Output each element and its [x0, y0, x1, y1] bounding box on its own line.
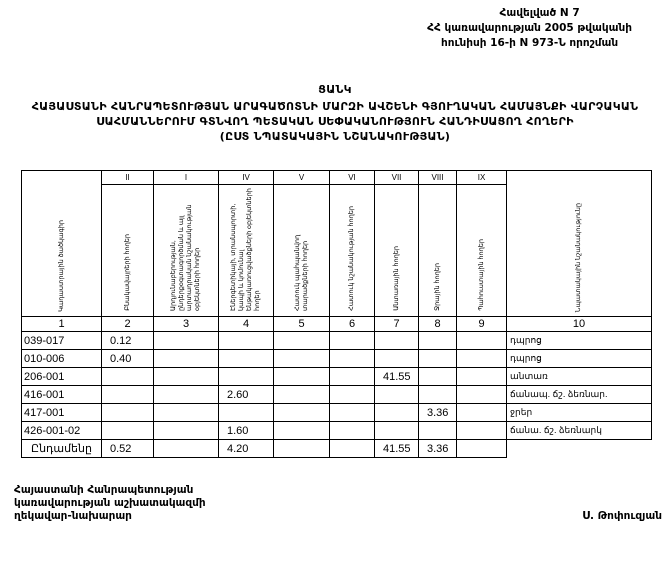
total-empty-cell	[507, 440, 652, 458]
table-row: 010-0060.40դպրոց	[22, 350, 652, 368]
table-row: 039-0170.12դպրոց	[22, 332, 652, 350]
area-cell	[154, 386, 219, 404]
area-cell	[457, 368, 507, 386]
area-cell	[457, 350, 507, 368]
title-line-3: (ԸՍՏ ՆՊԱՏԱԿԱՅԻՆ ՆՇԱՆԱԿՈՒԹՅԱՆ)	[0, 129, 670, 144]
area-cell: 1.60	[219, 422, 274, 440]
area-cell: 41.55	[375, 368, 419, 386]
area-cell	[219, 332, 274, 350]
header-cell: Պահուստային հողեր	[457, 185, 507, 317]
approval-note: Հավելված N 7 ՀՀ կառավարության 2005 թվակա…	[427, 6, 632, 51]
header-cell: Ջրային հողեր	[419, 185, 457, 317]
area-cell	[274, 350, 330, 368]
cadastral-code: 417-001	[22, 404, 102, 422]
cadastral-code: 206-001	[22, 368, 102, 386]
signatory-name: Ս. Թոփուզյան	[582, 510, 662, 522]
column-number: 3	[154, 317, 219, 332]
area-cell	[330, 332, 375, 350]
group-label-row: Կադաստրային ծածկագիր II I IV V VI VII VI…	[22, 171, 652, 185]
cadastral-code: 010-006	[22, 350, 102, 368]
area-cell	[330, 368, 375, 386]
area-cell	[274, 332, 330, 350]
area-cell	[330, 386, 375, 404]
area-cell	[154, 404, 219, 422]
area-cell	[154, 332, 219, 350]
area-cell	[154, 368, 219, 386]
area-cell: 0.12	[102, 332, 154, 350]
area-cell	[274, 404, 330, 422]
column-number: 4	[219, 317, 274, 332]
table-row: 416-0012.60ճանապ. ճշ. ձեռնար.	[22, 386, 652, 404]
purpose-cell: դպրոց	[507, 350, 652, 368]
total-cell	[457, 440, 507, 458]
group-label: II	[102, 171, 154, 185]
total-cell: 41.55	[375, 440, 419, 458]
cadastral-code: 039-017	[22, 332, 102, 350]
area-cell: 2.60	[219, 386, 274, 404]
column-number-row: 1 2 3 4 5 6 7 8 9 10	[22, 317, 652, 332]
signatory-line-1: Հայաստանի Հանրապետության	[14, 484, 206, 497]
column-number: 2	[102, 317, 154, 332]
purpose-cell: դպրոց	[507, 332, 652, 350]
area-cell	[274, 368, 330, 386]
area-cell	[375, 386, 419, 404]
header-cell: Էներգետիկայի, տրանսպորտի, կապի և կոմունա…	[219, 185, 274, 317]
column-number: 10	[507, 317, 652, 332]
table-row: 426-001-021.60ճանա. ճշ. ձեռնարկ	[22, 422, 652, 440]
total-label: Ընդամենը	[22, 440, 102, 458]
column-number: 9	[457, 317, 507, 332]
column-number: 6	[330, 317, 375, 332]
area-cell	[274, 422, 330, 440]
area-cell	[375, 350, 419, 368]
approval-line-3: հունիսի 16-ի N 973-Ն որոշման	[427, 36, 632, 51]
column-number: 7	[375, 317, 419, 332]
area-cell: 3.36	[419, 404, 457, 422]
cadastral-code: 416-001	[22, 386, 102, 404]
group-label: VI	[330, 171, 375, 185]
area-cell	[154, 422, 219, 440]
area-cell	[419, 332, 457, 350]
total-cell: 3.36	[419, 440, 457, 458]
signatory-title: Հայաստանի Հանրապետության կառավարության ա…	[14, 484, 206, 523]
area-cell	[219, 404, 274, 422]
header-cell: Անտառային հողեր	[375, 185, 419, 317]
purpose-cell: ջրեր	[507, 404, 652, 422]
column-number: 5	[274, 317, 330, 332]
area-cell	[457, 422, 507, 440]
total-cell	[274, 440, 330, 458]
area-cell	[419, 386, 457, 404]
area-cell	[274, 386, 330, 404]
area-cell	[375, 422, 419, 440]
area-cell	[457, 404, 507, 422]
group-label: I	[154, 171, 219, 185]
area-cell	[375, 404, 419, 422]
title-heading: ՑԱՆԿ	[0, 82, 670, 97]
area-cell	[457, 332, 507, 350]
header-cell: Նպատակային նշանակությունը	[507, 171, 652, 317]
area-cell	[330, 422, 375, 440]
area-cell	[419, 368, 457, 386]
total-cell	[330, 440, 375, 458]
signatory-line-3: ղեկավար-նախարար	[14, 510, 206, 523]
header-cell: Հատուկ նշանակության հողեր	[330, 185, 375, 317]
area-cell	[102, 404, 154, 422]
header-cell: Հատուկ պահպանվող տարածքների հողեր	[274, 185, 330, 317]
land-table: Կադաստրային ծածկագիր II I IV V VI VII VI…	[21, 170, 652, 458]
area-cell	[457, 386, 507, 404]
area-cell	[102, 368, 154, 386]
area-cell: 0.40	[102, 350, 154, 368]
purpose-cell: ճանապ. ճշ. ձեռնար.	[507, 386, 652, 404]
approval-line-1: Հավելված N 7	[427, 6, 632, 21]
area-cell	[154, 350, 219, 368]
area-cell	[102, 422, 154, 440]
group-label: IV	[219, 171, 274, 185]
table-row: 417-0013.36ջրեր	[22, 404, 652, 422]
cadastral-code: 426-001-02	[22, 422, 102, 440]
group-label: IX	[457, 171, 507, 185]
total-cell: 0.52	[102, 440, 154, 458]
column-number: 8	[419, 317, 457, 332]
total-cell: 4.20	[219, 440, 274, 458]
group-label: VII	[375, 171, 419, 185]
signatory-line-2: կառավարության աշխատակազմի	[14, 497, 206, 510]
total-cell	[154, 440, 219, 458]
area-cell	[330, 404, 375, 422]
group-label: V	[274, 171, 330, 185]
purpose-cell: ճանա. ճշ. ձեռնարկ	[507, 422, 652, 440]
total-row: Ընդամենը 0.52 4.20 41.55 3.36	[22, 440, 652, 458]
area-cell	[219, 350, 274, 368]
purpose-cell: անտառ	[507, 368, 652, 386]
header-cell: Բնակավայրերի հողեր	[102, 185, 154, 317]
area-cell	[219, 368, 274, 386]
title-line-2: ՍԱՀՄԱՆՆԵՐՈՒՄ ԳՏՆՎՈՂ ՊԵՏԱԿԱՆ ՍԵՓԱԿԱՆՈՒԹՅՈ…	[0, 114, 670, 129]
header-cell: Կադաստրային ծածկագիր	[22, 171, 102, 317]
area-cell	[419, 422, 457, 440]
table-row: 206-00141.55անտառ	[22, 368, 652, 386]
area-cell	[419, 350, 457, 368]
area-cell	[330, 350, 375, 368]
area-cell	[102, 386, 154, 404]
document-title: ՑԱՆԿ ՀԱՅԱՍՏԱՆԻ ՀԱՆՐԱՊԵՏՈՒԹՅԱՆ ԱՐԱԳԱԾՈՏՆԻ…	[0, 82, 670, 144]
approval-line-2: ՀՀ կառավարության 2005 թվականի	[427, 21, 632, 36]
column-number: 1	[22, 317, 102, 332]
title-line-1: ՀԱՅԱՍՏԱՆԻ ՀԱՆՐԱՊԵՏՈՒԹՅԱՆ ԱՐԱԳԱԾՈՏՆԻ ՄԱՐԶ…	[0, 99, 670, 114]
header-cell: Արդյունաբերության, ընդերքօգտագործման և ա…	[154, 185, 219, 317]
group-label: VIII	[419, 171, 457, 185]
area-cell	[375, 332, 419, 350]
